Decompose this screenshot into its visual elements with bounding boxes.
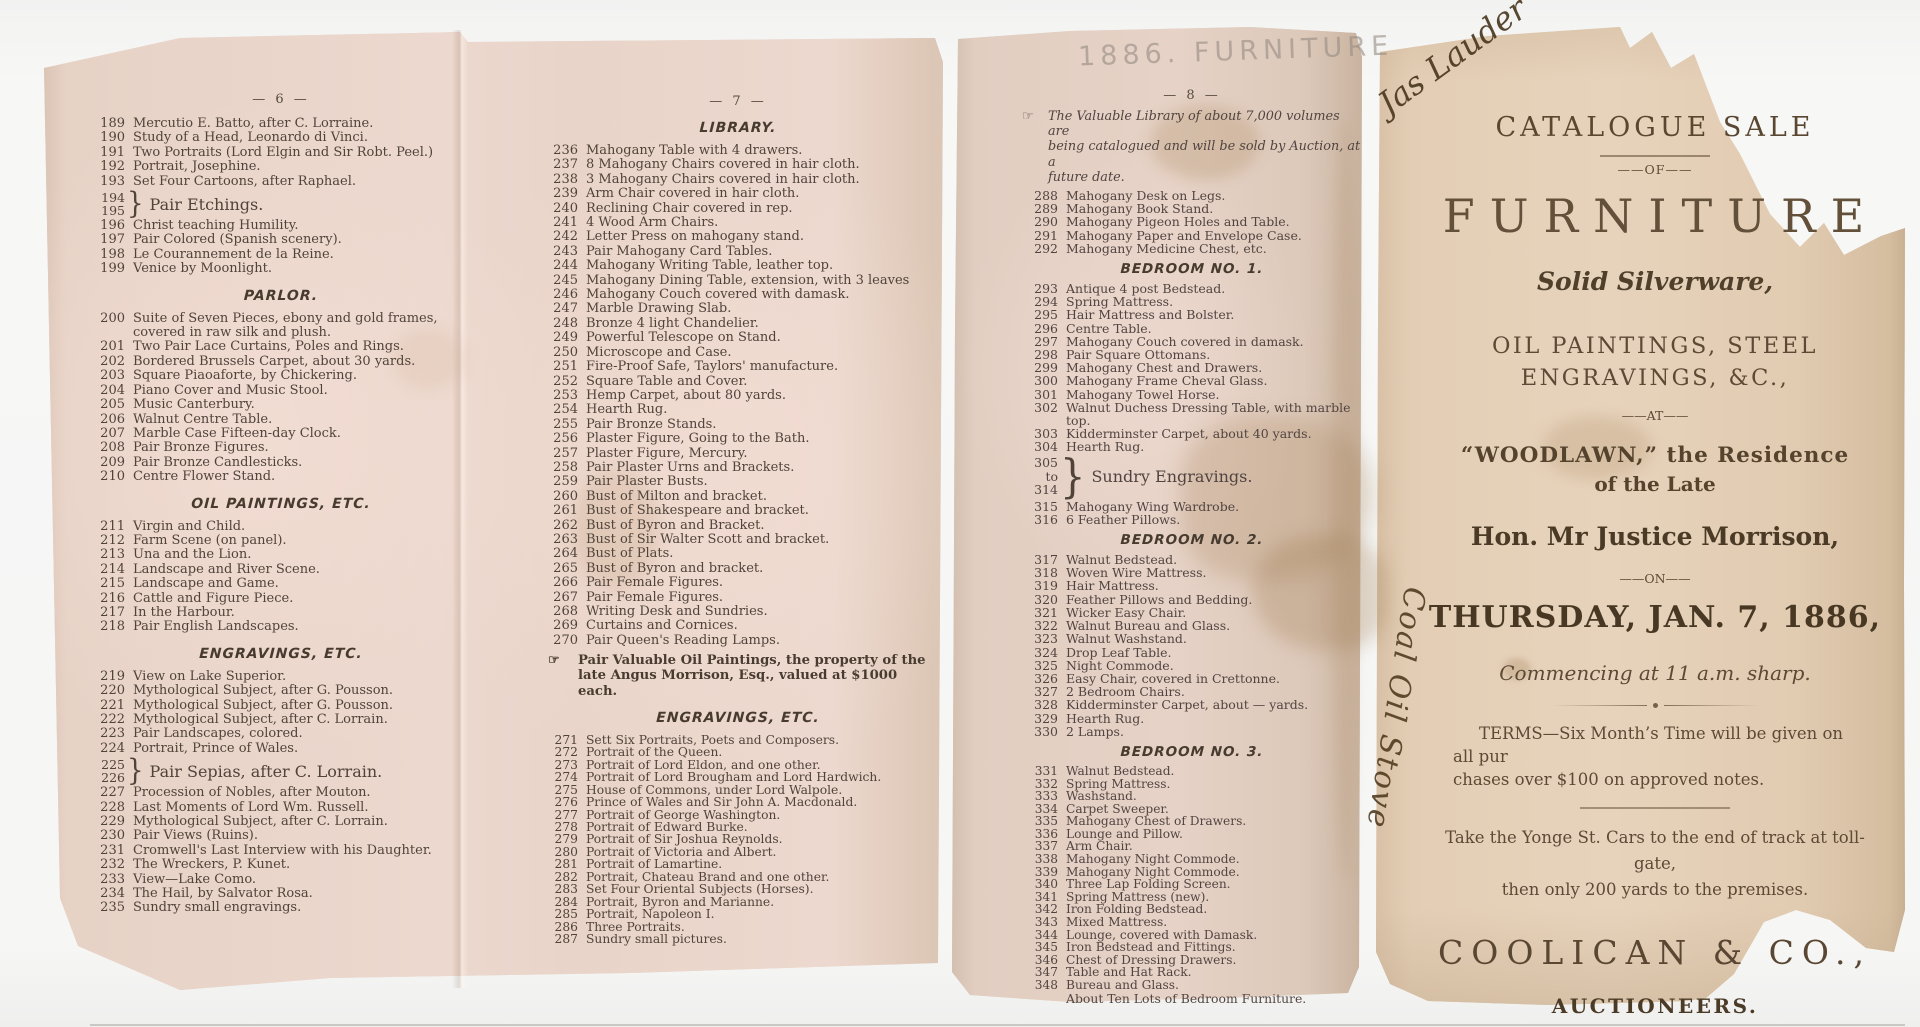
lot-number: 283: [548, 883, 586, 895]
lot-number: 269: [548, 619, 586, 633]
list-item: 290Mahogany Pigeon Holes and Table.: [1022, 215, 1362, 228]
lot-description: Piano Cover and Music Stool.: [133, 384, 467, 398]
lot-description: 2 Lamps.: [1066, 725, 1362, 738]
lot-description: Bordered Brussels Carpet, about 30 yards…: [133, 355, 467, 369]
lot-description: Square Table and Cover.: [586, 375, 928, 389]
lot-description: Pair Bronze Stands.: [586, 418, 928, 432]
lot-description: Pair Colored (Spanish scenery).: [133, 233, 467, 247]
lot-number: 228: [95, 801, 133, 815]
lot-description: Pair Plaster Urns and Brackets.: [586, 461, 928, 475]
lot-description: Bust of Byron and Bracket.: [586, 519, 928, 533]
lot-description: Bust of Milton and bracket.: [586, 490, 928, 504]
lot-number: 253: [548, 389, 586, 403]
lot-description: Pair Landscapes, colored.: [133, 727, 467, 741]
lot-description: Mixed Mattress.: [1066, 916, 1362, 929]
list-item: 211Virgin and Child.: [95, 520, 467, 534]
lot-number: 209: [95, 456, 133, 470]
list-item: 343Mixed Mattress.: [1022, 916, 1362, 929]
list-item: 291Mahogany Paper and Envelope Case.: [1022, 229, 1362, 242]
list-item: 247Marble Drawing Slab.: [548, 302, 928, 316]
brace-glyph: }: [127, 754, 144, 789]
list-item: 263Bust of Sir Walter Scott and bracket.: [548, 533, 928, 547]
list-item: 345Iron Bedstead and Fittings.: [1022, 941, 1362, 954]
list-item: 233View—Lake Como.: [95, 873, 467, 887]
list-item: 266Pair Female Figures.: [548, 576, 928, 590]
cover-at: ——AT——: [1425, 408, 1885, 423]
page-number: — 6 —: [95, 92, 467, 107]
list-item: 207Marble Case Fifteen-day Clock.: [95, 427, 467, 441]
lot-number: 272: [548, 746, 586, 758]
list-item: 202Bordered Brussels Carpet, about 30 ya…: [95, 355, 467, 369]
lot-number: 324: [1022, 646, 1066, 659]
list-item: 3166 Feather Pillows.: [1022, 513, 1362, 526]
list-item: 242Letter Press on mahogany stand.: [548, 230, 928, 244]
section-heading: BEDROOM NO. 2.: [1022, 532, 1363, 548]
divider-rule: [1580, 807, 1730, 809]
page-number: — 8 —: [1022, 88, 1362, 103]
lot-description: Hearth Rug.: [1066, 712, 1362, 725]
list-item: 210Centre Flower Stand.: [95, 470, 467, 484]
lot-description: Venice by Moonlight.: [133, 262, 467, 276]
lot-number: 201: [95, 340, 133, 354]
lot-number: 335: [1022, 815, 1066, 828]
lot-description: Pair English Landscapes.: [133, 620, 467, 634]
list-item: 190Study of a Head, Leonardo di Vinci.: [95, 131, 467, 145]
brace-glyph: }: [127, 187, 144, 222]
list-item: 229Mythological Subject, after C. Lorrai…: [95, 815, 467, 829]
list-item: 3302 Lamps.: [1022, 725, 1362, 738]
lot-number: 236: [548, 144, 586, 158]
lot-number: 329: [1022, 712, 1066, 725]
list-item: 243Pair Mahogany Card Tables.: [548, 245, 928, 259]
list-item: 218Pair English Landscapes.: [95, 620, 467, 634]
lot-description: Arm Chair covered in hair cloth.: [586, 187, 928, 201]
lot-description: Pair Queen's Reading Lamps.: [586, 634, 928, 648]
lot-number: 210: [95, 470, 133, 484]
list-item: 260Bust of Milton and bracket.: [548, 490, 928, 504]
lot-number: 295: [1022, 308, 1066, 321]
lot-description: Pair Bronze Candlesticks.: [133, 456, 467, 470]
list-item: 246Mahogany Couch covered with damask.: [548, 288, 928, 302]
lot-description: Bust of Plats.: [586, 547, 928, 561]
list-item: 255Pair Bronze Stands.: [548, 418, 928, 432]
lot-number: 343: [1022, 916, 1066, 929]
lot-number: 250: [548, 346, 586, 360]
lot-description: Walnut Duchess Dressing Table, with marb…: [1066, 401, 1362, 427]
lot-description: View—Lake Como.: [133, 873, 467, 887]
lot-description: Portrait, Josephine.: [133, 160, 467, 174]
list-item: 245Mahogany Dining Table, extension, wit…: [548, 274, 928, 288]
lot-description: 6 Feather Pillows.: [1066, 513, 1362, 526]
lot-description: Mythological Subject, after C. Lorrain.: [133, 815, 467, 829]
section-heading: ENGRAVINGS, ETC.: [548, 710, 929, 726]
list-item: 232The Wreckers, P. Kunet.: [95, 858, 467, 872]
lot-description: Two Portraits (Lord Elgin and Sir Robt. …: [133, 146, 467, 160]
ornament-dot: [1653, 703, 1658, 708]
list-item: 227Procession of Nobles, after Mouton.: [95, 786, 467, 800]
lot-description: Study of a Head, Leonardo di Vinci.: [133, 131, 467, 145]
lot-number: 238: [548, 173, 586, 187]
list-item: 189Mercutio E. Batto, after C. Lorraine.: [95, 117, 467, 131]
lot-number: 189: [95, 117, 133, 131]
lot-number: 204: [95, 384, 133, 398]
lot-number: 247: [548, 302, 586, 316]
lot-description: The Hail, by Salvator Rosa.: [133, 887, 467, 901]
note-paragraph: ☞Pair Valuable Oil Paintings, the proper…: [548, 653, 928, 699]
list-item: 193Set Four Cartoons, after Raphael.: [95, 175, 467, 189]
lot-number: 328: [1022, 698, 1066, 711]
list-item: 2383 Mahogany Chairs covered in hair clo…: [548, 173, 928, 187]
lot-description: Cromwell's Last Interview with his Daugh…: [133, 844, 467, 858]
lot-description: Pair Sepias, after C. Lorrain.: [150, 762, 467, 781]
list-item-continuation: About Ten Lots of Bedroom Furniture.: [1022, 992, 1362, 1005]
pointing-hand-icon: ☞: [548, 653, 560, 668]
lot-description: 8 Mahogany Chairs covered in hair cloth.: [586, 158, 928, 172]
lot-number: to: [1022, 470, 1058, 484]
section-heading: ENGRAVINGS, ETC.: [95, 646, 468, 662]
lot-description: Procession of Nobles, after Mouton.: [133, 786, 467, 800]
list-item: 209Pair Bronze Candlesticks.: [95, 456, 467, 470]
lot-description: Portrait, Napoleon I.: [586, 908, 928, 920]
cover-terms: TERMS—Six Month’s Time will be given on …: [1425, 722, 1885, 791]
list-item-braced: 305to314}Sundry Engravings.: [1022, 454, 1362, 500]
lot-description: Last Moments of Lord Wm. Russell.: [133, 801, 467, 815]
cover-of: ——OF——: [1425, 162, 1885, 177]
lot-number: 215: [95, 577, 133, 591]
list-item: 196Christ teaching Humility.: [95, 219, 467, 233]
lot-description: Curtains and Cornices.: [586, 619, 928, 633]
lot-number: 211: [95, 520, 133, 534]
list-item: 276Prince of Wales and Sir John A. Macdo…: [548, 796, 928, 808]
lot-description: Walnut Bedstead.: [1066, 765, 1362, 778]
lot-numbers: 305to314: [1022, 456, 1060, 497]
lot-description: Bust of Byron and bracket.: [586, 562, 928, 576]
lot-number: 208: [95, 441, 133, 455]
cover-auctioneer-role: AUCTIONEERS.: [1425, 994, 1885, 1018]
lot-description: Pair Female Figures.: [586, 576, 928, 590]
lot-number: 252: [548, 375, 586, 389]
list-item: 254Hearth Rug.: [548, 403, 928, 417]
page-8-lot-list: ☞The Valuable Library of about 7,000 vol…: [1022, 109, 1362, 1005]
list-item: 301Mahogany Towel Horse.: [1022, 388, 1362, 401]
lot-description: Hearth Rug.: [586, 403, 928, 417]
lot-number: 205: [95, 398, 133, 412]
lot-description: Christ teaching Humility.: [133, 219, 467, 233]
lot-number: 230: [95, 829, 133, 843]
list-item: 261Bust of Shakespeare and bracket.: [548, 504, 928, 518]
section-heading: LIBRARY.: [548, 120, 929, 136]
lot-number: 227: [95, 786, 133, 800]
lot-number: 255: [548, 418, 586, 432]
lot-description: Set Four Oriental Subjects (Horses).: [586, 883, 928, 895]
list-item: 224Portrait, Prince of Wales.: [95, 742, 467, 756]
lot-number: 197: [95, 233, 133, 247]
lot-number: 217: [95, 606, 133, 620]
list-item: 324Drop Leaf Table.: [1022, 646, 1362, 659]
list-item: 249Powerful Telescope on Stand.: [548, 331, 928, 345]
list-item: 295Hair Mattress and Bolster.: [1022, 308, 1362, 321]
list-item: 250Microscope and Case.: [548, 346, 928, 360]
lot-number: 263: [548, 533, 586, 547]
list-item: 302Walnut Duchess Dressing Table, with m…: [1022, 401, 1362, 427]
lot-number: 225: [95, 758, 125, 772]
lot-description: Sundry small pictures.: [586, 933, 928, 945]
lot-number: 333: [1022, 790, 1066, 803]
lot-description: Walnut Centre Table.: [133, 413, 467, 427]
lot-description: Pair Views (Ruins).: [133, 829, 467, 843]
lot-number: 239: [548, 187, 586, 201]
lot-number: 274: [548, 771, 586, 783]
lot-number: 257: [548, 447, 586, 461]
lot-description: Portrait, Prince of Wales.: [133, 742, 467, 756]
lot-number: 207: [95, 427, 133, 441]
list-item: 228Last Moments of Lord Wm. Russell.: [95, 801, 467, 815]
list-item: 252Square Table and Cover.: [548, 375, 928, 389]
list-item-braced: 225226}Pair Sepias, after C. Lorrain.: [95, 756, 467, 786]
lot-number: 300: [1022, 374, 1066, 387]
list-item: 292Mahogany Medicine Chest, etc.: [1022, 242, 1362, 255]
list-item: 253Hemp Carpet, about 80 yards.: [548, 389, 928, 403]
lot-description: Cattle and Figure Piece.: [133, 592, 467, 606]
lot-number: 290: [1022, 215, 1066, 228]
lot-description: Plaster Figure, Going to the Bath.: [586, 432, 928, 446]
section-heading: BEDROOM NO. 3.: [1022, 744, 1363, 760]
list-item: 338Mahogany Night Commode.: [1022, 853, 1362, 866]
lot-number: 340: [1022, 878, 1066, 891]
lot-number: 281: [548, 858, 586, 870]
list-item: 215Landscape and Game.: [95, 577, 467, 591]
cover-title: CATALOGUE SALE: [1425, 112, 1885, 143]
list-item: 325Night Commode.: [1022, 659, 1362, 672]
lot-number: 218: [95, 620, 133, 634]
lot-number: 348: [1022, 979, 1066, 992]
lot-number: 259: [548, 475, 586, 489]
lot-description: Mythological Subject, after G. Pousson.: [133, 699, 467, 713]
cover-owner: Hon. Mr Justice Morrison,: [1425, 522, 1885, 551]
lot-number: 305: [1022, 456, 1058, 470]
lot-number: 203: [95, 369, 133, 383]
list-item-braced: 194195}Pair Etchings.: [95, 189, 467, 219]
list-item: 236Mahogany Table with 4 drawers.: [548, 144, 928, 158]
lot-description: Iron Bedstead and Fittings.: [1066, 941, 1362, 954]
list-item: 320Feather Pillows and Bedding.: [1022, 593, 1362, 606]
list-item: 340Three Lap Folding Screen.: [1022, 878, 1362, 891]
lot-description: Mercutio E. Batto, after C. Lorraine.: [133, 117, 467, 131]
lot-number: 292: [1022, 242, 1066, 255]
list-item: 223Pair Landscapes, colored.: [95, 727, 467, 741]
lot-description: Bust of Sir Walter Scott and bracket.: [586, 533, 928, 547]
list-item: 212Farm Scene (on panel).: [95, 534, 467, 548]
lot-description: Fire-Proof Safe, Taylors' manufacture.: [586, 360, 928, 374]
list-item: 285Portrait, Napoleon I.: [548, 908, 928, 920]
list-item: 213Una and the Lion.: [95, 548, 467, 562]
list-item: 217In the Harbour.: [95, 606, 467, 620]
lot-number: 265: [548, 562, 586, 576]
lot-description: Set Four Cartoons, after Raphael.: [133, 175, 467, 189]
lot-description: Mythological Subject, after C. Lorrain.: [133, 713, 467, 727]
lot-number: 251: [548, 360, 586, 374]
list-item: 214Landscape and River Scene.: [95, 563, 467, 577]
list-item: 192Portrait, Josephine.: [95, 160, 467, 174]
lot-number: 270: [548, 634, 586, 648]
lot-number: 240: [548, 202, 586, 216]
lot-description: Suite of Seven Pieces, ebony and gold fr…: [133, 312, 467, 341]
lot-description: Mahogany Frame Cheval Glass.: [1066, 374, 1362, 387]
list-item: 348Bureau and Glass.: [1022, 979, 1362, 992]
lot-description: Writing Desk and Sundries.: [586, 605, 928, 619]
lot-description: Square Piaoaforte, by Chickering.: [133, 369, 467, 383]
lot-description: Hair Mattress.: [1066, 579, 1362, 592]
list-item: 198Le Courannement de la Reine.: [95, 248, 467, 262]
lot-description: Two Pair Lace Curtains, Poles and Rings.: [133, 340, 467, 354]
lot-number: 192: [95, 160, 133, 174]
lot-description: Bureau and Glass.: [1066, 979, 1362, 992]
lot-description: Night Commode.: [1066, 659, 1362, 672]
lot-description: Bronze 4 light Chandelier.: [586, 317, 928, 331]
lot-description: Portrait of the Queen.: [586, 746, 928, 758]
list-item: 328Kidderminster Carpet, about — yards.: [1022, 698, 1362, 711]
lot-description: Mahogany Writing Table, leather top.: [586, 259, 928, 273]
lot-description: Three Lap Folding Screen.: [1066, 878, 1362, 891]
lot-number: 219: [95, 670, 133, 684]
cover-time: Commencing at 11 a.m. sharp.: [1425, 661, 1885, 685]
ornament-line: [1552, 705, 1647, 707]
page-7: — 7 — LIBRARY.236Mahogany Table with 4 d…: [548, 94, 928, 946]
lot-number: 194: [95, 191, 125, 205]
page-6: — 6 — 189Mercutio E. Batto, after C. Lor…: [95, 92, 467, 916]
list-item: 244Mahogany Writing Table, leather top.: [548, 259, 928, 273]
list-item: 269Curtains and Cornices.: [548, 619, 928, 633]
list-item: 240Reclining Chair covered in rep.: [548, 202, 928, 216]
lot-number: 267: [548, 591, 586, 605]
lot-description: Hemp Carpet, about 80 yards.: [586, 389, 928, 403]
cover-subtitle-paintings: OIL PAINTINGS, STEEL ENGRAVINGS, &C.,: [1425, 330, 1885, 394]
list-item: 2414 Wood Arm Chairs.: [548, 216, 928, 230]
lot-number: 244: [548, 259, 586, 273]
lot-description: Mythological Subject, after G. Pousson.: [133, 684, 467, 698]
lot-number: 245: [548, 274, 586, 288]
list-item: 274Portrait of Lord Brougham and Lord Ha…: [548, 771, 928, 783]
lot-description: Mahogany Wing Wardrobe.: [1066, 500, 1362, 513]
lot-number: 222: [95, 713, 133, 727]
lot-number: 213: [95, 548, 133, 562]
list-item: 235Sundry small engravings.: [95, 901, 467, 915]
list-item: 329Hearth Rug.: [1022, 712, 1362, 725]
lot-description: Marble Drawing Slab.: [586, 302, 928, 316]
lot-description: Mahogany Table with 4 drawers.: [586, 144, 928, 158]
lot-number: 198: [95, 248, 133, 262]
page-8: — 8 — ☞The Valuable Library of about 7,0…: [1022, 88, 1362, 1005]
cover-venue-late: of the Late: [1425, 472, 1885, 496]
lot-number: 330: [1022, 725, 1066, 738]
list-item: 283Set Four Oriental Subjects (Horses).: [548, 883, 928, 895]
lot-number: 221: [95, 699, 133, 713]
lot-description: View on Lake Superior.: [133, 670, 467, 684]
list-item: 259Pair Plaster Busts.: [548, 475, 928, 489]
lot-number: 264: [548, 547, 586, 561]
lot-number: 202: [95, 355, 133, 369]
list-item: 265Bust of Byron and bracket.: [548, 562, 928, 576]
list-item: 333Washstand.: [1022, 790, 1362, 803]
lot-description: Marble Case Fifteen-day Clock.: [133, 427, 467, 441]
list-item: 201Two Pair Lace Curtains, Poles and Rin…: [95, 340, 467, 354]
list-item: 268Writing Desk and Sundries.: [548, 605, 928, 619]
lot-description: Sundry Engravings.: [1091, 467, 1362, 486]
lot-number: 262: [548, 519, 586, 533]
lot-number: 320: [1022, 593, 1066, 606]
lot-number: 258: [548, 461, 586, 475]
lot-number: 206: [95, 413, 133, 427]
lot-description: 3 Mahogany Chairs covered in hair cloth.: [586, 173, 928, 187]
lot-description: Powerful Telescope on Stand.: [586, 331, 928, 345]
lot-number: 246: [548, 288, 586, 302]
pointing-hand-icon: ☞: [1022, 109, 1033, 124]
lot-description: Microscope and Case.: [586, 346, 928, 360]
lot-description: Mahogany Chest of Drawers.: [1066, 815, 1362, 828]
lot-number: 291: [1022, 229, 1066, 242]
lot-numbers: 194195: [95, 191, 127, 218]
lot-number: 319: [1022, 579, 1066, 592]
brace-glyph: }: [1060, 450, 1085, 503]
lot-description: Sundry small engravings.: [133, 901, 467, 915]
lot-description: The Wreckers, P. Kunet.: [133, 858, 467, 872]
lot-number: 301: [1022, 388, 1066, 401]
lot-description: Landscape and Game.: [133, 577, 467, 591]
list-item: 191Two Portraits (Lord Elgin and Sir Rob…: [95, 146, 467, 160]
lot-number: 235: [95, 901, 133, 915]
list-item: 251Fire-Proof Safe, Taylors' manufacture…: [548, 360, 928, 374]
lot-description: Una and the Lion.: [133, 548, 467, 562]
list-item: 205Music Canterbury.: [95, 398, 467, 412]
lot-number: 200: [95, 312, 133, 326]
lot-description: Bust of Shakespeare and bracket.: [586, 504, 928, 518]
divider-rule: [1600, 155, 1710, 157]
list-item: 258Pair Plaster Urns and Brackets.: [548, 461, 928, 475]
lot-description: Portrait of Lamartine.: [586, 858, 928, 870]
lot-number: 254: [548, 403, 586, 417]
list-item: 208Pair Bronze Figures.: [95, 441, 467, 455]
lot-number: 331: [1022, 765, 1066, 778]
list-item: 257Plaster Figure, Mercury.: [548, 447, 928, 461]
list-item: 199Venice by Moonlight.: [95, 262, 467, 276]
lot-description: Washstand.: [1066, 790, 1362, 803]
lot-number: 223: [95, 727, 133, 741]
lot-description: Centre Table.: [1066, 322, 1362, 335]
list-item: 222Mythological Subject, after C. Lorrai…: [95, 713, 467, 727]
list-item: 2378 Mahogany Chairs covered in hair clo…: [548, 158, 928, 172]
lot-number: 226: [95, 771, 125, 785]
list-item: 331Walnut Bedstead.: [1022, 765, 1362, 778]
lot-number: 216: [95, 592, 133, 606]
lot-description: Music Canterbury.: [133, 398, 467, 412]
lot-number: 191: [95, 146, 133, 160]
list-item: 220Mythological Subject, after G. Pousso…: [95, 684, 467, 698]
list-item: 203Square Piaoaforte, by Chickering.: [95, 369, 467, 383]
lot-number: 232: [95, 858, 133, 872]
ornament-divider: [1425, 703, 1885, 708]
list-item: 216Cattle and Figure Piece.: [95, 592, 467, 606]
scan-edge-line: [90, 1024, 1905, 1026]
lot-number: 190: [95, 131, 133, 145]
section-heading: OIL PAINTINGS, ETC.: [95, 496, 468, 512]
lot-number: 285: [548, 908, 586, 920]
list-item: 296Centre Table.: [1022, 322, 1362, 335]
lot-description: Pair Bronze Figures.: [133, 441, 467, 455]
lot-number: 266: [548, 576, 586, 590]
list-item: 319Hair Mattress.: [1022, 579, 1362, 592]
list-item: 272Portrait of the Queen.: [548, 746, 928, 758]
cover-subject: FURNITURE: [1425, 189, 1885, 243]
